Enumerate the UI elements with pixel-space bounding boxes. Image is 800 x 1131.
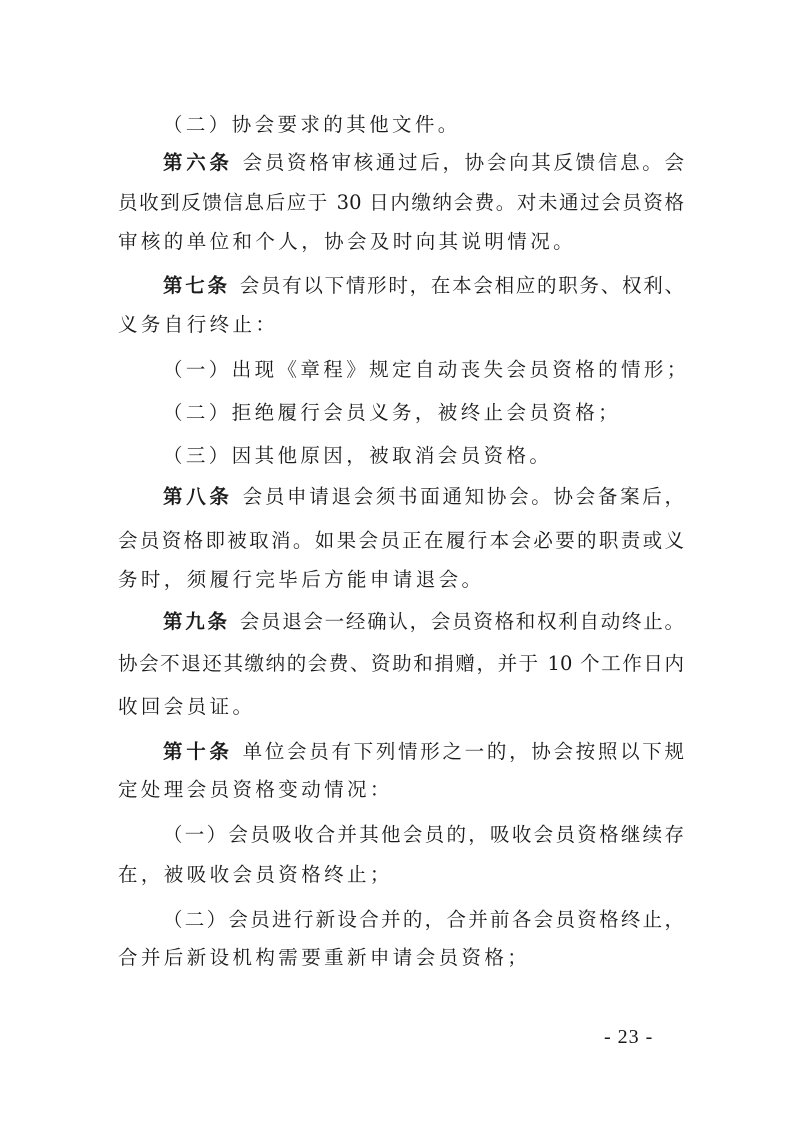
- article-6-line-2: 员收到反馈信息后应于 30 日内缴纳会费。对未通过会员资格: [118, 190, 684, 216]
- line-text: 义务自行终止：: [118, 313, 278, 336]
- article-7-item-2: （二）拒绝履行会员义务，被终止会员资格；: [163, 400, 684, 426]
- article-heading: 第七条: [163, 274, 230, 297]
- line-text: （二）协会要求的其他文件。: [163, 113, 461, 136]
- article-7-item-3: （三）因其他原因，被取消会员资格。: [163, 443, 684, 469]
- article-heading: 第八条: [163, 485, 233, 508]
- article-heading: 第六条: [163, 151, 233, 174]
- line-text: 收回会员证。: [118, 695, 255, 718]
- line-text: （二）拒绝履行会员义务，被终止会员资格；: [163, 401, 621, 424]
- line-text: 会员资格即被取消。如果会员正在履行本会必要的职责或义: [118, 529, 684, 552]
- article-10-line-2: 定处理会员资格变动情况：: [118, 777, 684, 803]
- line-text: 会员有以下情形时，在本会相应的职务、权利、: [240, 274, 684, 297]
- article-7-item-1: （一）出现《章程》规定自动丧失会员资格的情形；: [163, 357, 684, 383]
- article-10-line-1: 第十条单位会员有下列情形之一的，协会按照以下规: [163, 739, 684, 765]
- line-text: 会员资格审核通过后，协会向其反馈信息。会: [243, 151, 684, 174]
- item-2-other-documents: （二）协会要求的其他文件。: [163, 112, 684, 138]
- article-9-line-2: 协会不退还其缴纳的会费、资助和捐赠，并于 10 个工作日内: [118, 651, 684, 677]
- line-text: 会员退会一经确认，会员资格和权利自动终止。: [240, 610, 684, 633]
- article-heading: 第十条: [163, 740, 233, 763]
- article-10-item-1-line-1: （一）会员吸收合并其他会员的，吸收会员资格继续存: [163, 822, 684, 848]
- line-text: 会员申请退会须书面通知协会。协会备案后，: [243, 485, 684, 508]
- article-6-line-3: 审核的单位和个人，协会及时向其说明情况。: [118, 229, 684, 255]
- page-number: - 23 -: [604, 1024, 653, 1050]
- article-7-line-2: 义务自行终止：: [118, 312, 684, 338]
- article-9-line-1: 第九条会员退会一经确认，会员资格和权利自动终止。: [163, 609, 684, 635]
- line-text: 单位会员有下列情形之一的，协会按照以下规: [243, 740, 684, 763]
- line-text: 在，被吸收会员资格终止；: [118, 863, 393, 886]
- line-text: （三）因其他原因，被取消会员资格。: [163, 444, 552, 467]
- line-text: （一）出现《章程》规定自动丧失会员资格的情形；: [163, 358, 690, 381]
- article-7-line-1: 第七条会员有以下情形时，在本会相应的职务、权利、: [163, 273, 684, 299]
- document-page: （二）协会要求的其他文件。 第六条会员资格审核通过后，协会向其反馈信息。会 员收…: [0, 0, 800, 1131]
- line-text: 员收到反馈信息后应于 30 日内缴纳会费。对未通过会员资格: [118, 191, 684, 214]
- line-text: 定处理会员资格变动情况：: [118, 778, 393, 801]
- line-text: 合并后新设机构需要重新申请会员资格；: [118, 946, 530, 969]
- article-8-line-3: 务时，须履行完毕后方能申请退会。: [118, 567, 684, 593]
- article-heading: 第九条: [163, 610, 230, 633]
- article-10-item-1-line-2: 在，被吸收会员资格终止；: [118, 862, 684, 888]
- article-8-line-2: 会员资格即被取消。如果会员正在履行本会必要的职责或义: [118, 528, 684, 554]
- article-10-item-2-line-2: 合并后新设机构需要重新申请会员资格；: [118, 945, 684, 971]
- line-text: （二）会员进行新设合并的，合并前各会员资格终止，: [163, 908, 684, 931]
- article-6-line-1: 第六条会员资格审核通过后，协会向其反馈信息。会: [163, 150, 684, 176]
- line-text: 务时，须履行完毕后方能申请退会。: [118, 568, 484, 591]
- article-9-line-3: 收回会员证。: [118, 694, 684, 720]
- line-text: 审核的单位和个人，协会及时向其说明情况。: [118, 230, 576, 253]
- article-10-item-2-line-1: （二）会员进行新设合并的，合并前各会员资格终止，: [163, 907, 684, 933]
- line-text: （一）会员吸收合并其他会员的，吸收会员资格继续存: [163, 823, 684, 846]
- line-text: 协会不退还其缴纳的会费、资助和捐赠，并于 10 个工作日内: [118, 652, 684, 675]
- article-8-line-1: 第八条会员申请退会须书面通知协会。协会备案后，: [163, 484, 684, 510]
